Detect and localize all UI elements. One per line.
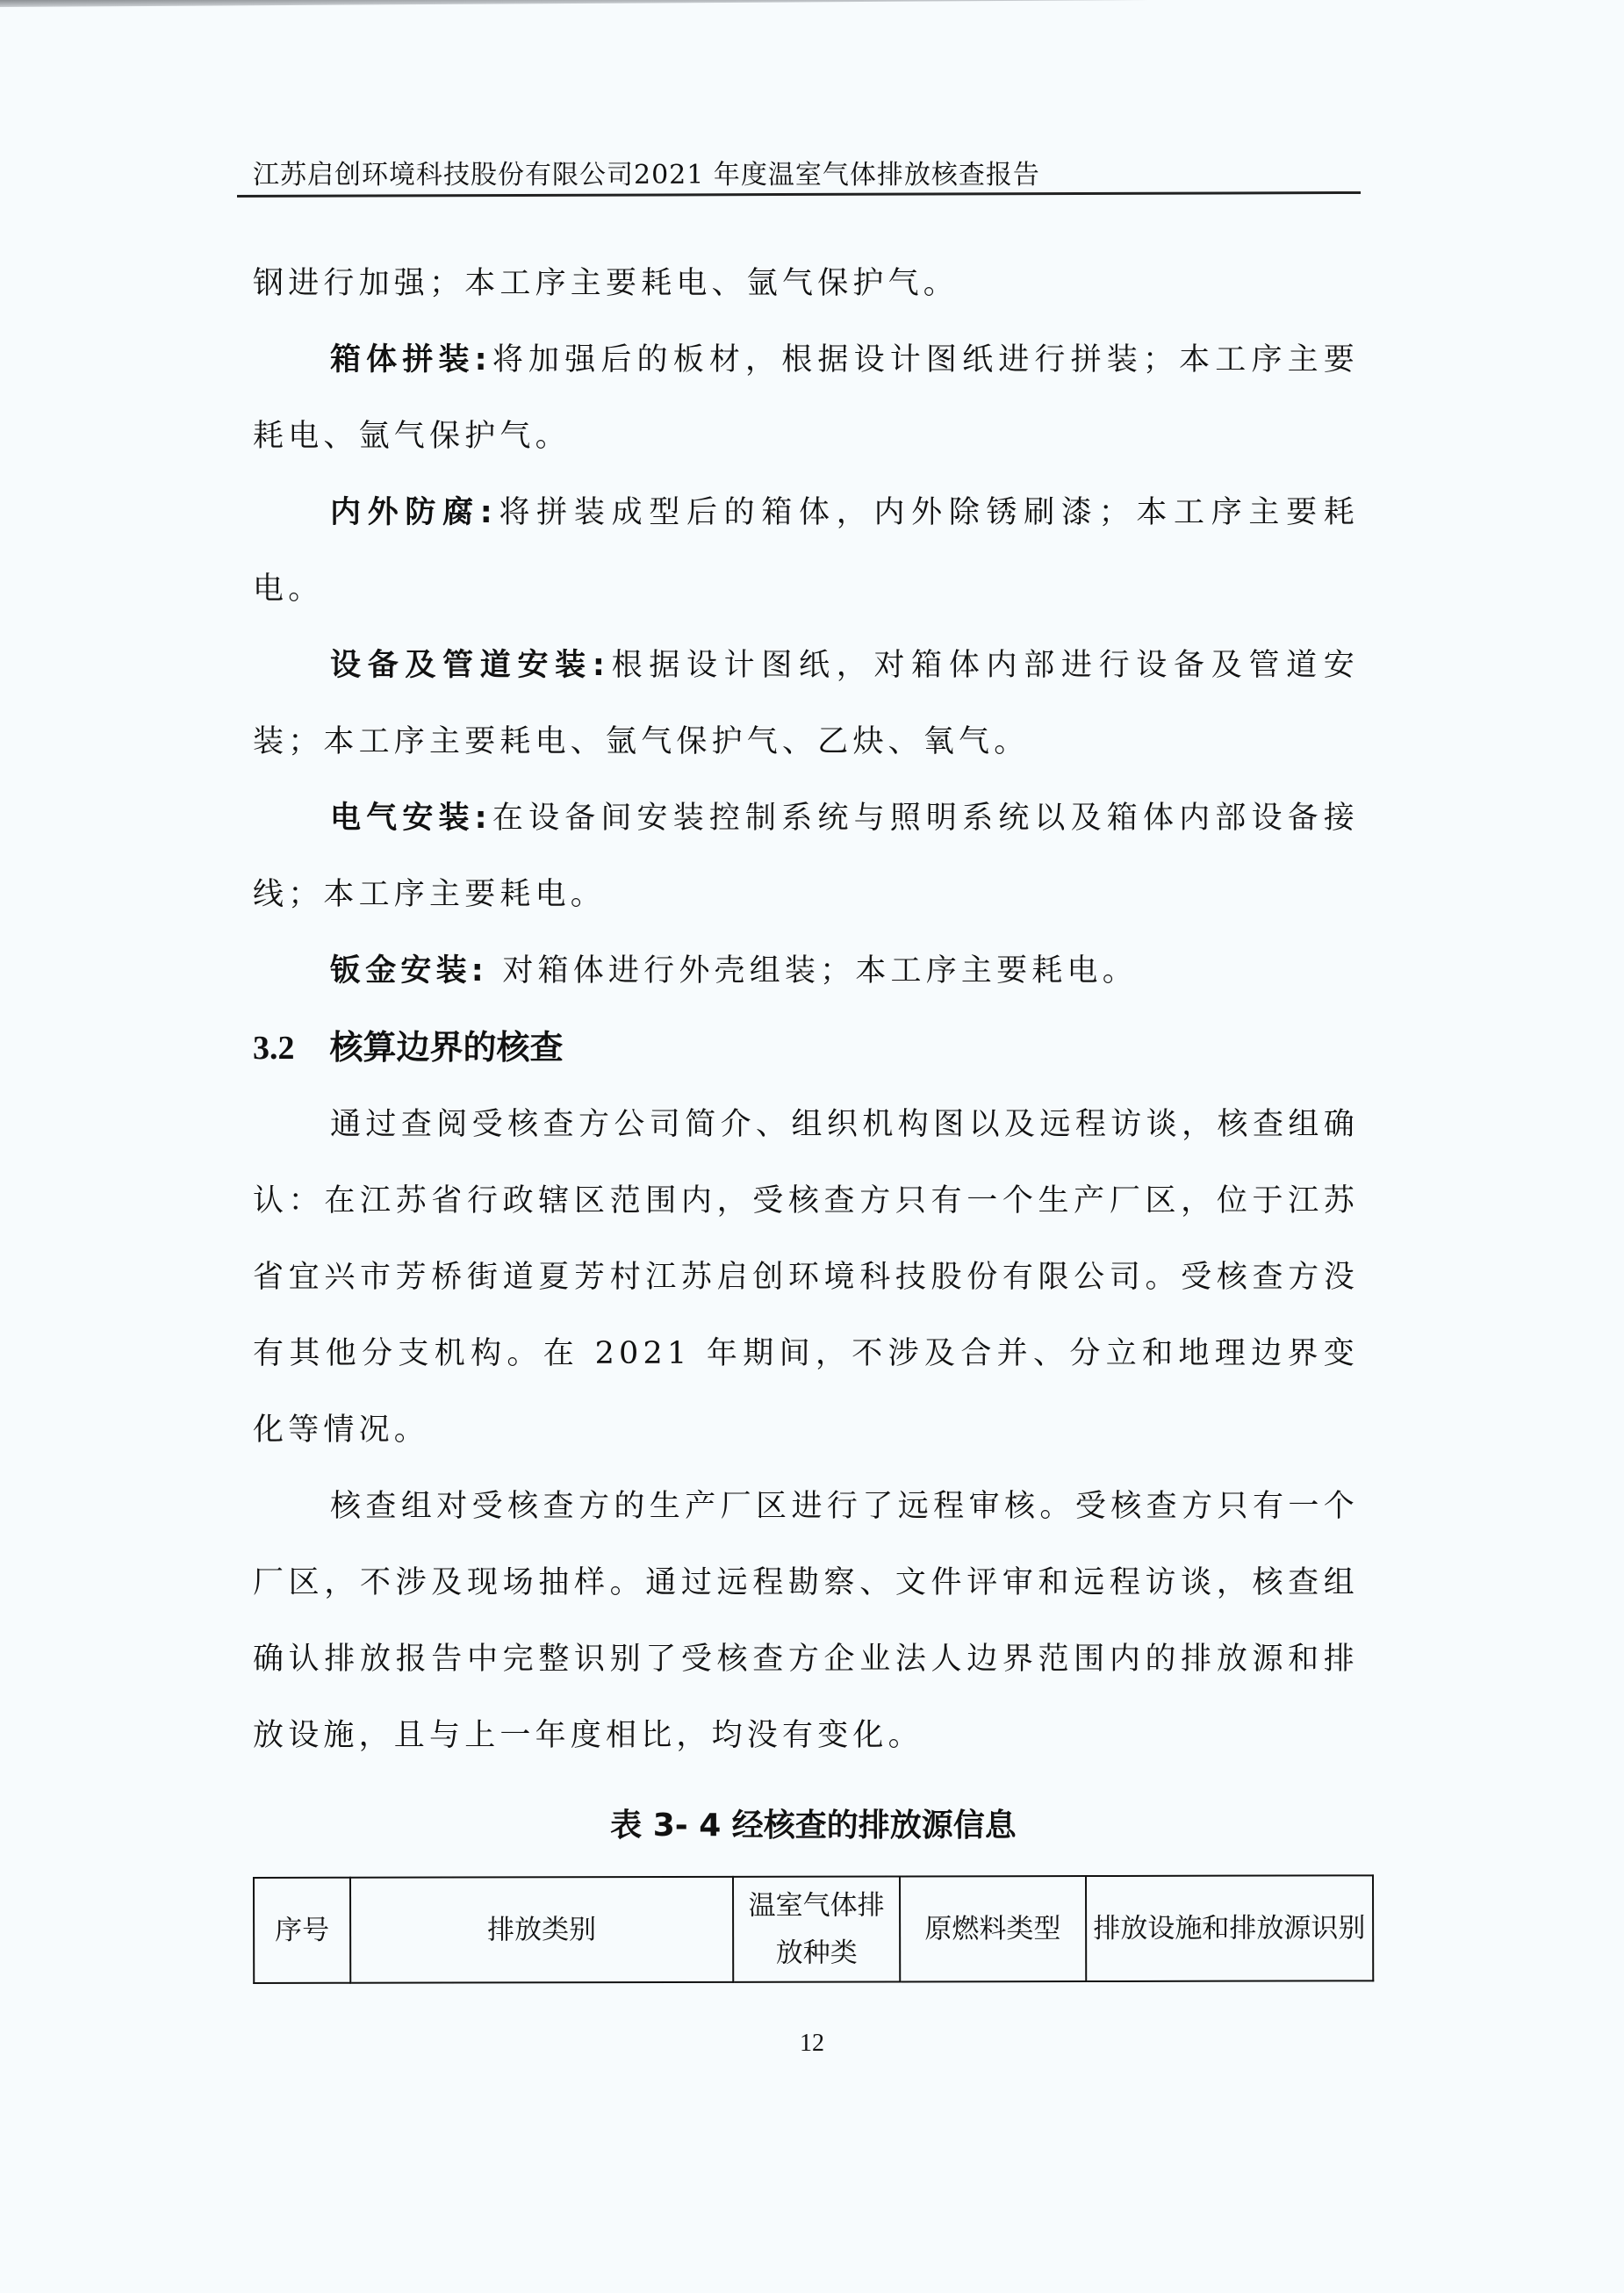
page-header: 江苏启创环境科技股份有限公司2021 年度温室气体排放核查报告 xyxy=(253,158,1361,193)
section-heading: 3.2核算边界的核查 xyxy=(253,1010,1359,1087)
column-header-facility-source: 排放设施和排放源识别 xyxy=(1086,1875,1374,1981)
section-number: 3.2 xyxy=(253,1030,295,1067)
table-caption: 表 3- 4 经核查的排放源信息 xyxy=(253,1800,1374,1852)
paragraph-lead: 钣金安装: xyxy=(330,953,488,988)
paragraph-lead: 设备及管道安装: xyxy=(330,648,609,683)
paragraph-lead: 箱体拼装: xyxy=(330,342,492,377)
paragraph-lead: 内外防腐: xyxy=(330,495,497,530)
section-paragraph: 核查组对受核查方的生产厂区进行了远程审核。受核查方只有一个厂区，不涉及现场抽样。… xyxy=(253,1469,1359,1774)
column-header-category: 排放类别 xyxy=(350,1877,734,1983)
paragraph-text: 对箱体进行外壳组装；本工序主要耗电。 xyxy=(488,953,1138,988)
paragraph-continuation: 钢进行加强；本工序主要耗电、氩气保护气。 xyxy=(253,246,1359,322)
body-content: 钢进行加强；本工序主要耗电、氩气保护气。 箱体拼装:将加强后的板材，根据设计图纸… xyxy=(253,246,1359,1774)
emission-source-table: 序号 排放类别 温室气体排放种类 原燃料类型 排放设施和排放源识别 xyxy=(253,1874,1374,1984)
column-header-ghg-type: 温室气体排放种类 xyxy=(733,1876,900,1981)
section-paragraph: 通过查阅受核查方公司简介、组织机构图以及远程访谈，核查组确认：在江苏省行政辖区范… xyxy=(253,1087,1359,1469)
section-title: 核算边界的核查 xyxy=(330,1028,564,1067)
page-number: 12 xyxy=(0,2030,1624,2058)
paragraph-anticorrosion: 内外防腐:将拼装成型后的箱体，内外除锈刷漆；本工序主要耗电。 xyxy=(253,475,1359,628)
scan-edge-shadow xyxy=(0,0,1159,7)
column-header-fuel-type: 原燃料类型 xyxy=(900,1876,1086,1981)
column-header-index: 序号 xyxy=(254,1878,350,1983)
header-title: 江苏启创环境科技股份有限公司2021 年度温室气体排放核查报告 xyxy=(253,158,1361,193)
paragraph-lead: 电气安装: xyxy=(330,801,492,836)
paragraph-electrical: 电气安装:在设备间安装控制系统与照明系统以及箱体内部设备接线；本工序主要耗电。 xyxy=(253,780,1359,933)
table-header-row: 序号 排放类别 温室气体排放种类 原燃料类型 排放设施和排放源识别 xyxy=(254,1875,1373,1983)
paragraph-text: 钢进行加强；本工序主要耗电、氩气保护气。 xyxy=(253,266,959,301)
paragraph-sheet-metal: 钣金安装: 对箱体进行外壳组装；本工序主要耗电。 xyxy=(253,933,1359,1010)
paragraph-equipment-piping: 设备及管道安装:根据设计图纸，对箱体内部进行设备及管道安装；本工序主要耗电、氩气… xyxy=(253,628,1359,780)
paragraph-box-assembly: 箱体拼装:将加强后的板材，根据设计图纸进行拼装；本工序主要耗电、氩气保护气。 xyxy=(253,322,1359,475)
